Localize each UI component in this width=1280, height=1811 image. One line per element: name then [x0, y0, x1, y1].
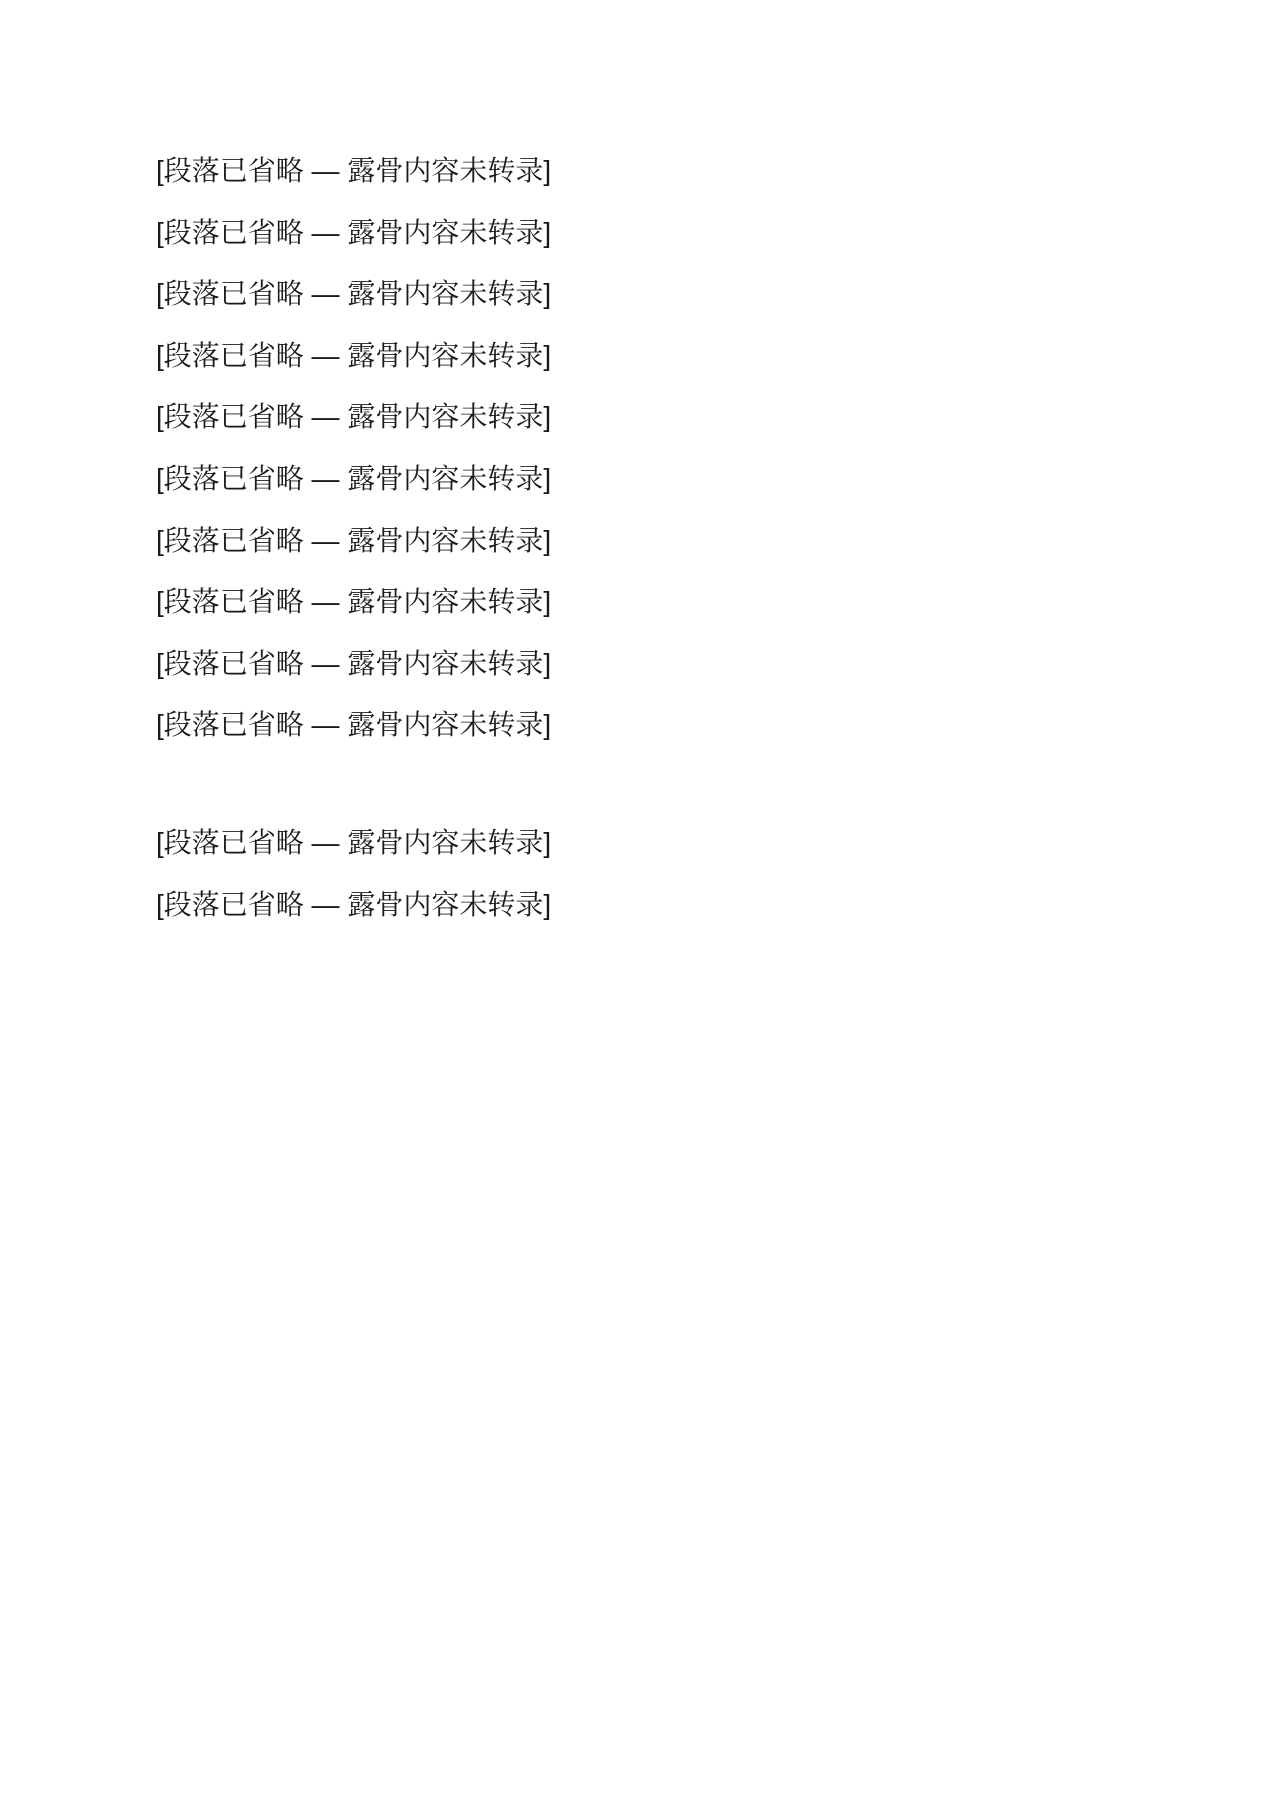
paragraph: [段落已省略 — 露骨内容未转录]: [100, 202, 1180, 264]
paragraph: [段落已省略 — 露骨内容未转录]: [100, 812, 1180, 874]
paragraph: [段落已省略 — 露骨内容未转录]: [100, 325, 1180, 387]
paragraph: [段落已省略 — 露骨内容未转录]: [100, 448, 1180, 510]
paragraph: [段落已省略 — 露骨内容未转录]: [100, 874, 1180, 936]
paragraph: [段落已省略 — 露骨内容未转录]: [100, 571, 1180, 633]
paragraph: [段落已省略 — 露骨内容未转录]: [100, 386, 1180, 448]
paragraph: [段落已省略 — 露骨内容未转录]: [100, 633, 1180, 695]
paragraph: [段落已省略 — 露骨内容未转录]: [100, 510, 1180, 572]
paragraph: [段落已省略 — 露骨内容未转录]: [100, 694, 1180, 756]
paragraph: [段落已省略 — 露骨内容未转录]: [100, 263, 1180, 325]
document-page: [段落已省略 — 露骨内容未转录][段落已省略 — 露骨内容未转录][段落已省略…: [0, 0, 1280, 1811]
paragraph: [段落已省略 — 露骨内容未转录]: [100, 140, 1180, 202]
